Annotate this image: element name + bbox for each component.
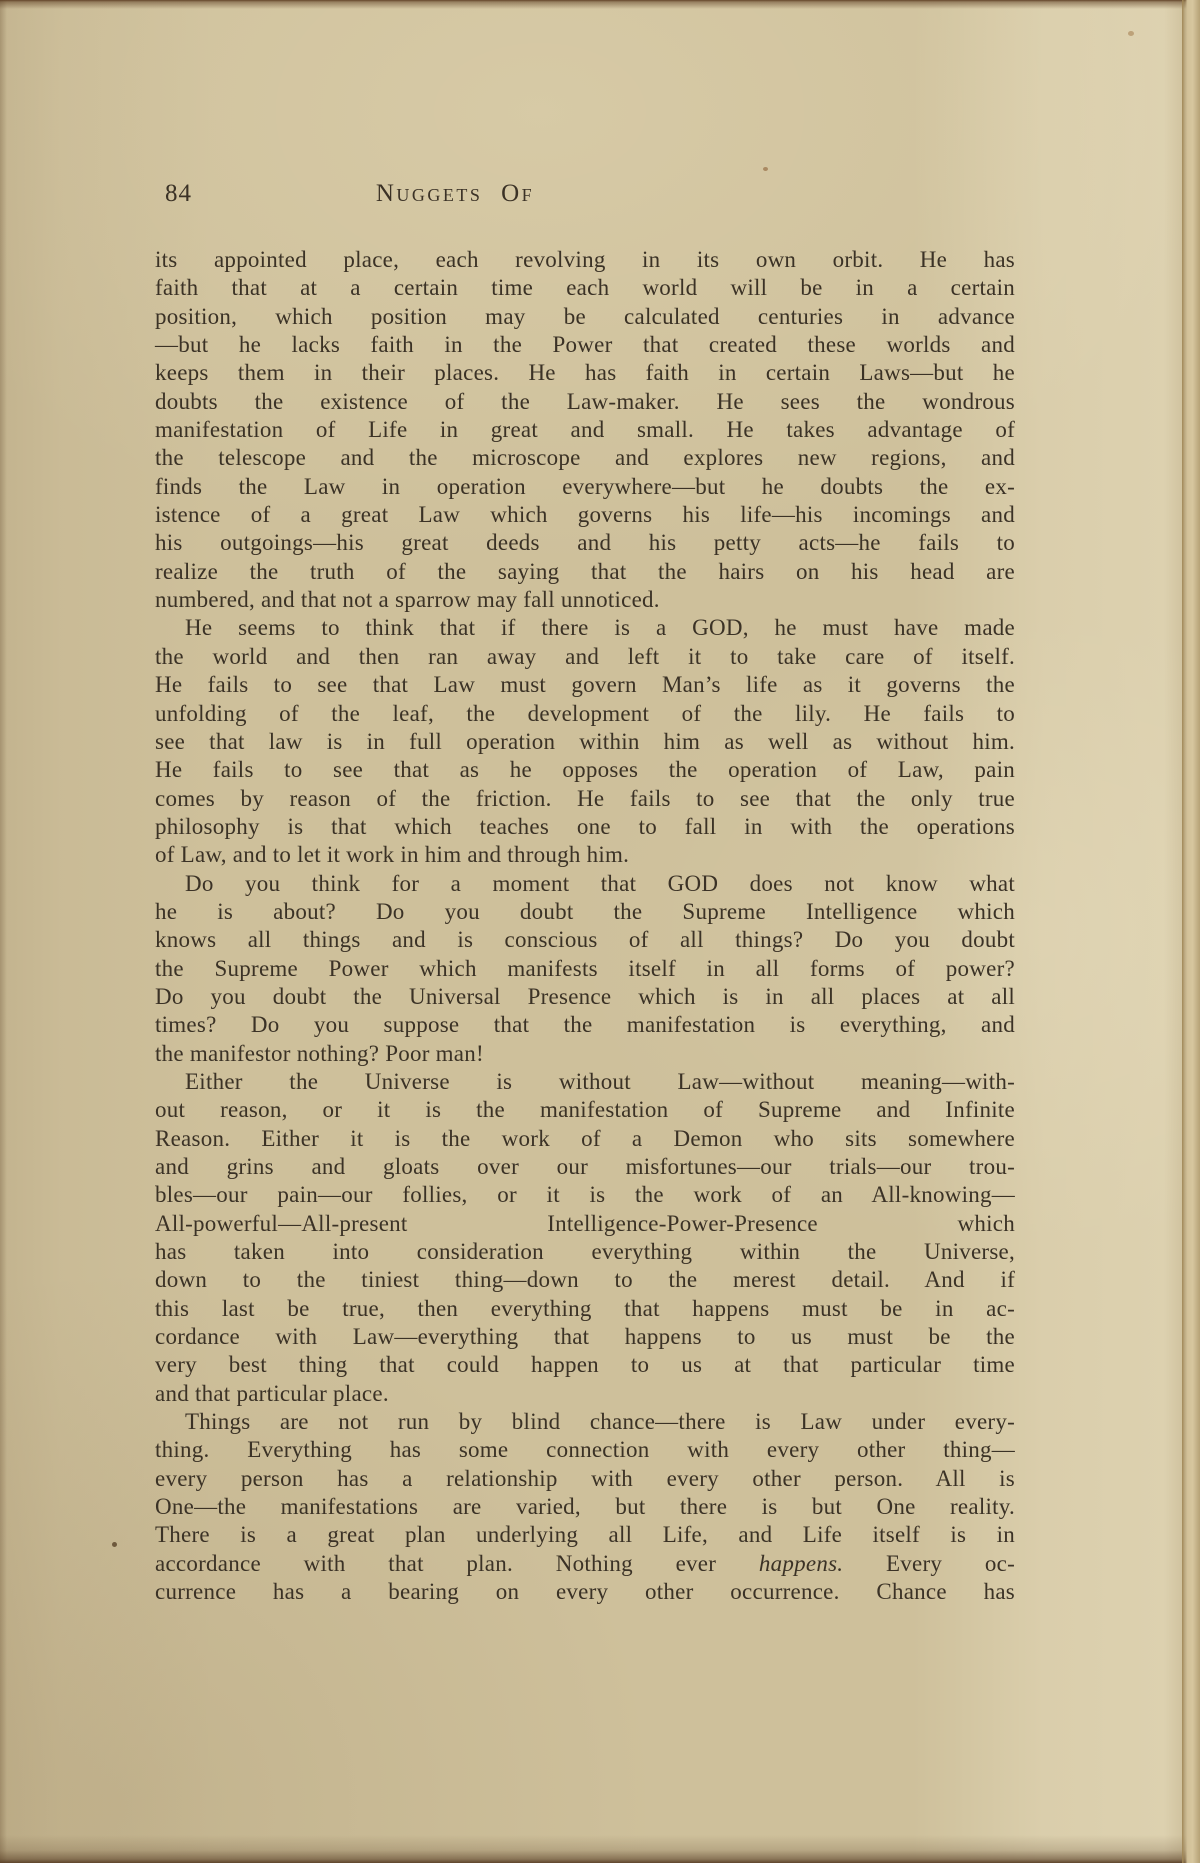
page-header: 84 Nuggets Of (155, 180, 1015, 212)
text-line: accordance with that plan. Nothing ever … (155, 1550, 1015, 1578)
page-left-edge (0, 0, 7, 1863)
text-line: currence has a bearing on every other oc… (155, 1578, 1015, 1606)
text-line: he is about? Do you doubt the Supreme In… (155, 898, 1015, 926)
text-line: Reason. Either it is the work of a Demon… (155, 1125, 1015, 1153)
text-line: position, which position may be calculat… (155, 303, 1015, 331)
text-line: Do you think for a moment that GOD does … (155, 870, 1015, 898)
text-line: He fails to see that as he opposes the o… (155, 756, 1015, 784)
page-top-edge (0, 0, 1200, 9)
text-line: comes by reason of the friction. He fail… (155, 785, 1015, 813)
text-line: All-powerful—All-present Intelligence-Po… (155, 1210, 1015, 1238)
text-line: Things are not run by blind chance—there… (155, 1408, 1015, 1436)
text-line: keeps them in their places. He has faith… (155, 359, 1015, 387)
text-line: philosophy is that which teaches one to … (155, 813, 1015, 841)
text-line: out reason, or it is the manifestation o… (155, 1096, 1015, 1124)
text-line: realize the truth of the saying that the… (155, 558, 1015, 586)
text-segment: Every oc- (843, 1551, 1015, 1576)
text-line: —but he lacks faith in the Power that cr… (155, 331, 1015, 359)
paper-speck (112, 1542, 117, 1547)
text-line: unfolding of the leaf, the development o… (155, 700, 1015, 728)
text-line: its appointed place, each revolving in i… (155, 246, 1015, 274)
text-line: of Law, and to let it work in him and th… (155, 841, 1015, 869)
text-line: finds the Law in operation everywhere—bu… (155, 473, 1015, 501)
text-line: knows all things and is conscious of all… (155, 926, 1015, 954)
page-number: 84 (165, 180, 192, 208)
text-line: There is a great plan underlying all Lif… (155, 1521, 1015, 1549)
text-line: Do you doubt the Universal Presence whic… (155, 983, 1015, 1011)
text-line: numbered, and that not a sparrow may fal… (155, 586, 1015, 614)
text-line: see that law is in full operation within… (155, 728, 1015, 756)
text-line: this last be true, then everything that … (155, 1295, 1015, 1323)
text-line: One—the manifestations are varied, but t… (155, 1493, 1015, 1521)
italic-text: happens. (759, 1551, 843, 1576)
body-text: its appointed place, each revolving in i… (155, 246, 1015, 1607)
text-line: cordance with Law—everything that happen… (155, 1323, 1015, 1351)
text-line: istence of a great Law which governs his… (155, 501, 1015, 529)
text-line: the manifestor nothing? Poor man! (155, 1040, 1015, 1068)
paragraph: Either the Universe is without Law—witho… (155, 1068, 1015, 1408)
paragraph: Things are not run by blind chance—there… (155, 1408, 1015, 1606)
text-line: every person has a relationship with eve… (155, 1465, 1015, 1493)
text-segment: accordance with that plan. Nothing ever (155, 1551, 759, 1576)
text-line: manifestation of Life in great and small… (155, 416, 1015, 444)
text-line: his outgoings—his great deeds and his pe… (155, 529, 1015, 557)
text-line: thing. Everything has some connection wi… (155, 1436, 1015, 1464)
text-line: He seems to think that if there is a GOD… (155, 614, 1015, 642)
text-line: the Supreme Power which manifests itself… (155, 955, 1015, 983)
text-line: very best thing that could happen to us … (155, 1351, 1015, 1379)
text-line: down to the tiniest thing—down to the me… (155, 1266, 1015, 1294)
adjacent-page-edge (1182, 0, 1200, 1863)
text-line: and grins and gloats over our misfortune… (155, 1153, 1015, 1181)
paragraph: He seems to think that if there is a GOD… (155, 614, 1015, 869)
book-page-scan: 84 Nuggets Of its appointed place, each … (0, 0, 1200, 1863)
page-bottom-edge (0, 1835, 1200, 1863)
paragraph: its appointed place, each revolving in i… (155, 246, 1015, 614)
paragraph: Do you think for a moment that GOD does … (155, 870, 1015, 1068)
text-line: faith that at a certain time each world … (155, 274, 1015, 302)
running-header: Nuggets Of (376, 180, 534, 208)
text-line: times? Do you suppose that the manifesta… (155, 1011, 1015, 1039)
text-line: Either the Universe is without Law—witho… (155, 1068, 1015, 1096)
text-line: He fails to see that Law must govern Man… (155, 671, 1015, 699)
text-line: the world and then ran away and left it … (155, 643, 1015, 671)
paper-speck (763, 167, 768, 171)
text-line: bles—our pain—our follies, or it is the … (155, 1181, 1015, 1209)
text-line: and that particular place. (155, 1380, 1015, 1408)
text-line: has taken into consideration everything … (155, 1238, 1015, 1266)
text-line: doubts the existence of the Law-maker. H… (155, 388, 1015, 416)
text-line: the telescope and the microscope and exp… (155, 444, 1015, 472)
paper-speck (1128, 31, 1134, 36)
